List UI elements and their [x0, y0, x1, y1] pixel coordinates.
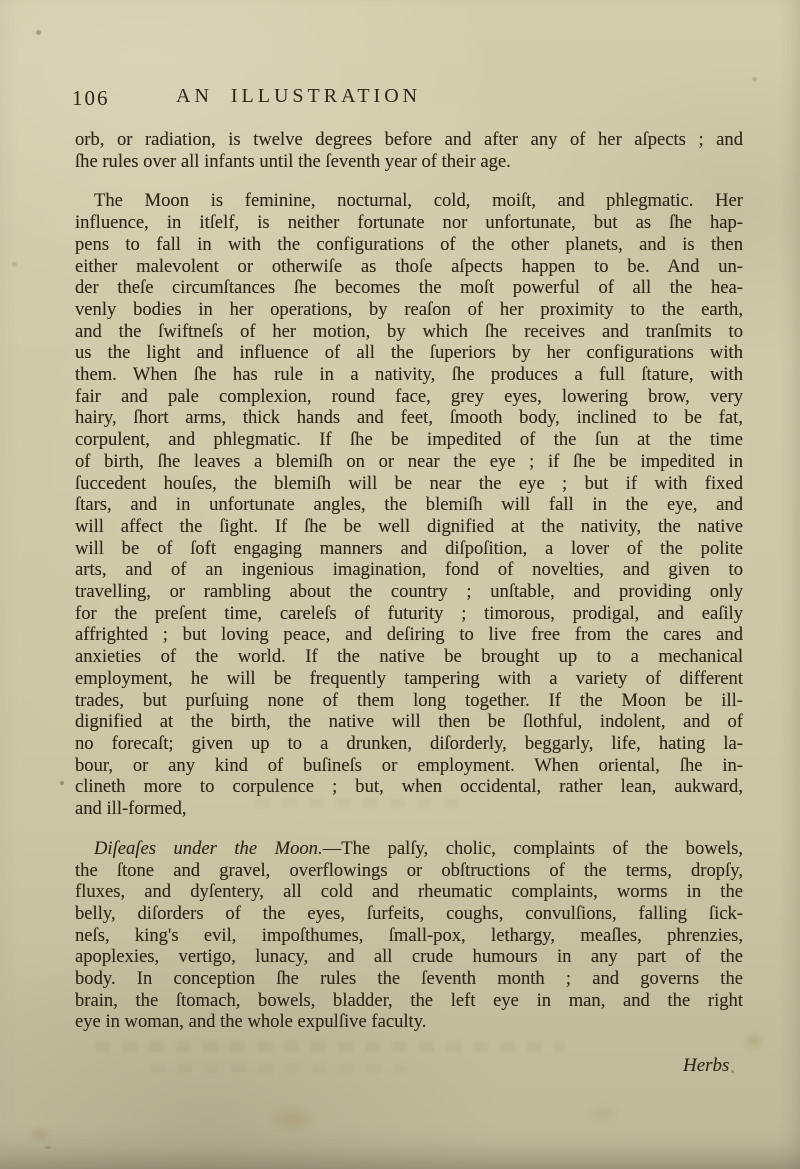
running-title: AN ILLUSTRATION: [176, 85, 421, 108]
text-line: influence, in itſelf, is neither fortuna…: [75, 212, 743, 234]
text-line: will affect the ſight. If ſhe be well di…: [75, 516, 743, 538]
paper-stain: [742, 1030, 766, 1052]
text-line: ſuccedent houſes, the blemiſh will be ne…: [75, 473, 743, 495]
showthrough-ghost: [255, 798, 460, 808]
text-line: fair and pale complexion, round face, gr…: [75, 386, 743, 408]
paragraph: orb, or radiation, is twelve degrees bef…: [75, 129, 743, 172]
text-line: ſtars, and in unfortunate angles, the bl…: [75, 494, 743, 516]
paper-stain: [28, 1126, 52, 1143]
text-line: pens to fall in with the configurations …: [75, 234, 743, 256]
paper-stain: [586, 1104, 620, 1124]
text-line: hairy, ſhort arms, thick hands and feet,…: [75, 407, 743, 429]
showthrough-ghost: [95, 1041, 565, 1052]
text-line: The Moon is feminine, nocturnal, cold, m…: [75, 190, 743, 212]
text-line: of birth, ſhe leaves a blemiſh on or nea…: [75, 451, 743, 473]
text-line: trades, but purſuing none of them long t…: [75, 690, 743, 712]
text-line: no forecaſt; given up to a drunken, diſo…: [75, 733, 743, 755]
text-line: brain, the ſtomach, bowels, bladder, the…: [75, 990, 743, 1012]
ink-speck: [36, 30, 41, 35]
text-line: clineth more to corpulence ; but, when o…: [75, 776, 743, 798]
text-line: will be of ſoft engaging manners and diſ…: [75, 538, 743, 560]
ink-speck: [731, 1070, 734, 1073]
ink-speck: [752, 77, 757, 81]
book-page: 106 AN ILLUSTRATION orb, or radiation, i…: [0, 0, 800, 1169]
text-line: body. In conception ſhe rules the ſevent…: [75, 968, 743, 990]
text-body: orb, or radiation, is twelve degrees bef…: [75, 129, 743, 1033]
paragraph: The Moon is feminine, nocturnal, cold, m…: [75, 190, 743, 819]
text-line: der theſe circumſtances ſhe becomes the …: [75, 277, 743, 299]
text-line: fluxes, and dyſentery, all cold and rheu…: [75, 881, 743, 903]
page-number: 106: [72, 86, 110, 111]
paragraph: Diſeaſes under the Moon.—The palſy, chol…: [75, 838, 743, 1033]
paper-stain: [268, 1106, 316, 1132]
text-line: the ſtone and gravel, overflowings or ob…: [75, 860, 743, 882]
text-line: bour, or any kind of buſineſs or employm…: [75, 755, 743, 777]
text-line: and the ſwiftneſs of her motion, by whic…: [75, 321, 743, 343]
italic-lead: Diſeaſes under the Moon.: [94, 838, 323, 859]
text-line: orb, or radiation, is twelve degrees bef…: [75, 129, 743, 151]
text-line: eye in woman, and the whole expulſive fa…: [75, 1011, 743, 1033]
text-line: arts, and of an ingenious imagination, f…: [75, 559, 743, 581]
ink-speck: [12, 262, 17, 267]
text-line: apoplexies, vertigo, lunacy, and all cru…: [75, 946, 743, 968]
text-line: ſhe rules over all infants until the ſev…: [75, 151, 743, 173]
text-line: venly bodies in her operations, by reaſo…: [75, 299, 743, 321]
ink-speck: [45, 1146, 51, 1149]
text-line: neſs, king's evil, impoſthumes, ſmall-po…: [75, 925, 743, 947]
ink-speck: [60, 781, 64, 785]
catchword: Herbs: [683, 1055, 729, 1077]
text-line: employment, he will be frequently tamper…: [75, 668, 743, 690]
text-line: affrighted ; but loving peace, and deſir…: [75, 624, 743, 646]
text-line: Diſeaſes under the Moon.—The palſy, chol…: [75, 838, 743, 860]
showthrough-ghost: [150, 1064, 410, 1073]
text-line: for the preſent time, careleſs of futuri…: [75, 603, 743, 625]
text-line: dignified at the birth, the native will …: [75, 711, 743, 733]
text-line: corpulent, and phlegmatic. If ſhe be imp…: [75, 429, 743, 451]
text-line: them. When ſhe has rule in a nativity, ſ…: [75, 364, 743, 386]
text-line: travelling, or rambling about the countr…: [75, 581, 743, 603]
text-line: anxieties of the world. If the native be…: [75, 646, 743, 668]
text-line: either malevolent or otherwiſe as thoſe …: [75, 256, 743, 278]
text-line: us the light and influence of all the ſu…: [75, 342, 743, 364]
text-line: belly, diſorders of the eyes, ſurfeits, …: [75, 903, 743, 925]
